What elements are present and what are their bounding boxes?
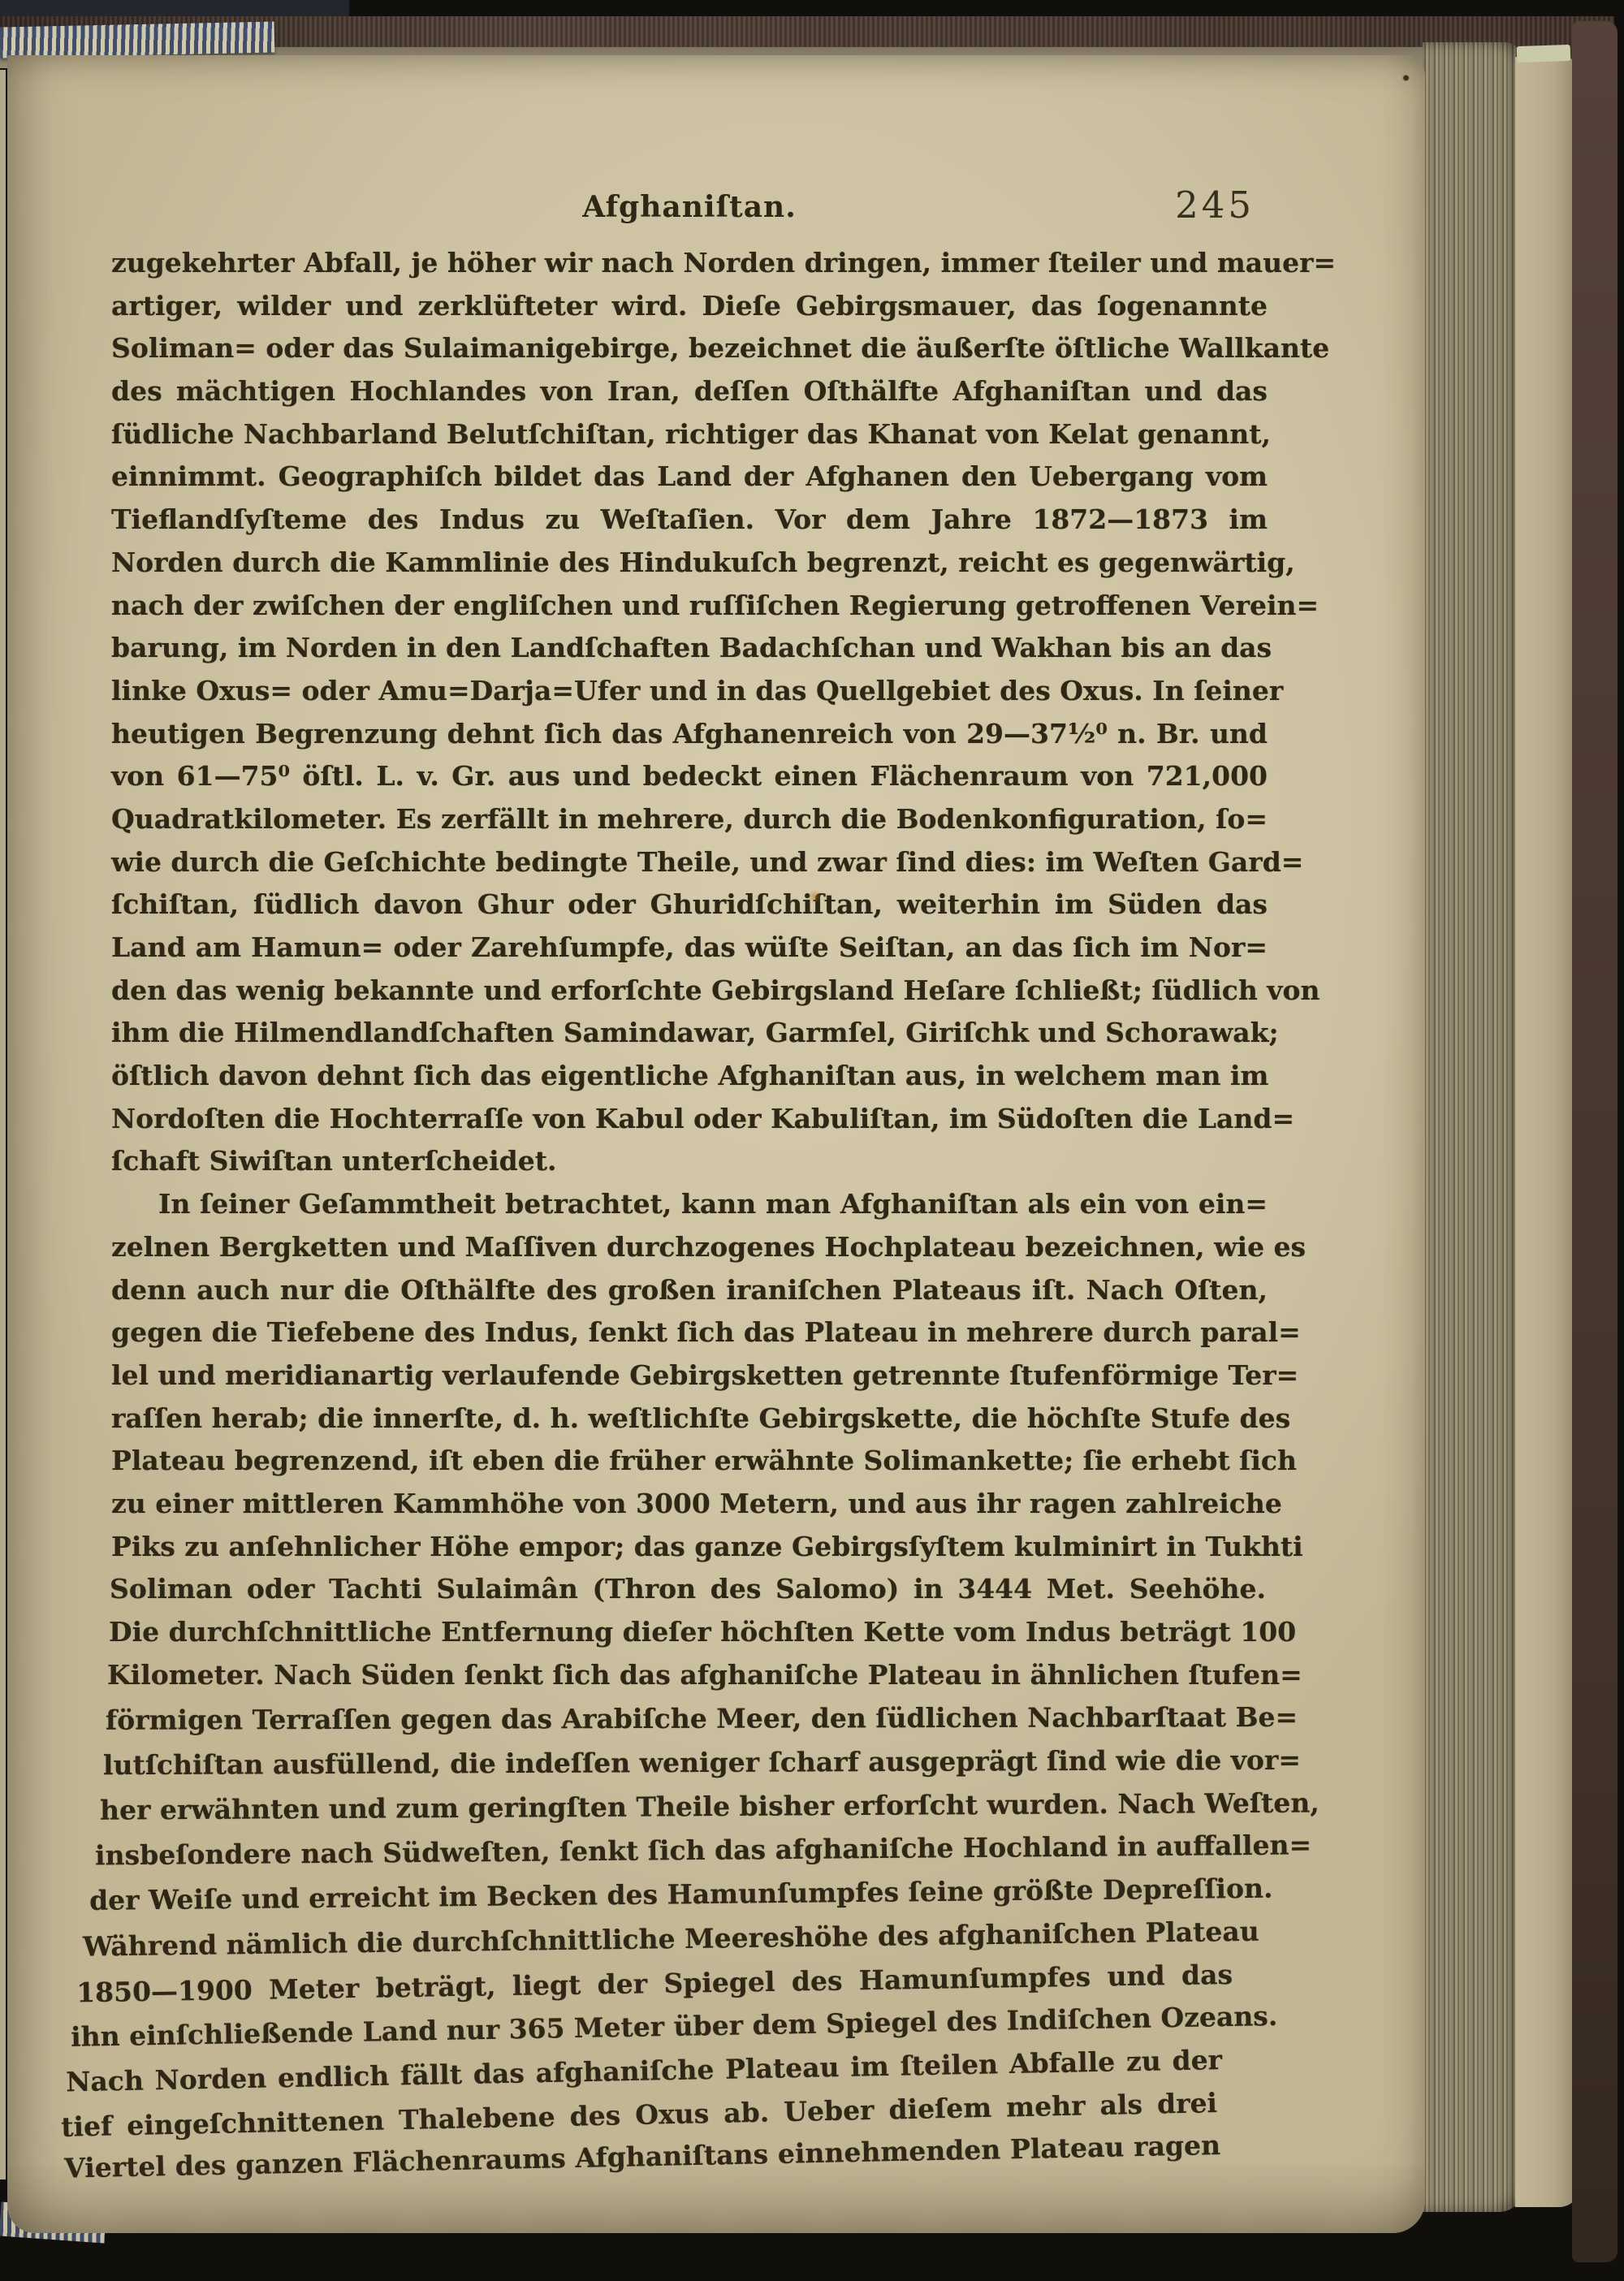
text-line: linke Oxus= oder Amu=Darja=Ufer und in d… [111,670,1268,713]
text-line: den das wenig bekannte und erforſchte Ge… [111,970,1268,1013]
paragraph-1: zugekehrter Abfall, je höher wir nach No… [111,242,1268,1183]
text-line: zelnen Bergketten und Maſſiven durchzoge… [111,1226,1268,1269]
text-line: denn auch nur die Oſthälfte des großen i… [111,1269,1268,1312]
text-line: gegen die Tiefebene des Indus, ſenkt ſic… [111,1311,1268,1354]
text-line: des mächtigen Hochlandes von Iran, deſſe… [111,370,1268,413]
text-line: Quadratkilometer. Es zerfällt in mehrere… [111,798,1268,841]
text-line: förmigen Terraſſen gegen das Arabiſche M… [106,1696,1262,1742]
text-line: Land am Hamun= oder Zarehſumpfe, das wüſ… [111,927,1268,970]
text-line: ſüdliche Nachbarland Belutſchiſtan, rich… [111,413,1268,456]
text-line: Tieflandſyſteme des Indus zu Weſtaſien. … [111,499,1268,542]
text-line: Soliman oder Tachti Sulaimân (Thron des … [110,1568,1266,1611]
text-line: Nordoſten die Hochterraſſe von Kabul ode… [111,1098,1268,1141]
book-page: Afghaniſtan. 245 zugekehrter Abfall, je … [7,55,1425,2233]
running-title: Afghaniſtan. [111,190,1268,224]
text-line: zu einer mittleren Kammhöhe von 3000 Met… [111,1483,1268,1526]
text-line: lutſchiſtan ausfüllend, die indeſſen wen… [103,1739,1259,1787]
text-line: barung, im Norden in den Landſchaften Ba… [111,627,1268,670]
text-line: artiger, wilder und zerklüfteter wird. D… [111,285,1268,328]
text-line: zugekehrter Abfall, je höher wir nach No… [111,242,1268,285]
text-block: zugekehrter Abfall, je höher wir nach No… [111,242,1268,2167]
text-line: her erwähnten und zum geringſten Theile … [100,1782,1256,1832]
text-line: raſſen herab; die innerſte, d. h. weſtli… [111,1398,1268,1441]
page-stack-edges [1423,42,1523,2212]
under-page-edge [1515,57,1580,2207]
text-line: Kilometer. Nach Süden ſenkt ſich das afg… [107,1654,1263,1697]
text-line: Plateau begrenzend, iſt eben die früher … [111,1440,1268,1483]
text-line: ſchaft Siwiſtan unterſcheidet. [111,1140,1268,1183]
text-line: In ſeiner Geſammtheit betrachtet, kann m… [111,1183,1268,1226]
page-header: Afghaniſtan. 245 [111,184,1268,237]
text-line: Soliman= oder das Sulaimanigebirge, beze… [111,327,1268,370]
ink-speck [1402,75,1410,81]
text-line: Norden durch die Kammlinie des Hindukuſc… [111,542,1268,585]
page-number: 245 [1175,184,1255,227]
text-line: ihm die Hilmendlandſchaften Samindawar, … [111,1012,1268,1055]
endband-stripes-top [0,21,274,58]
text-line: Die durchſchnittliche Entfernung dieſer … [109,1611,1265,1654]
book-photo: Afghaniſtan. 245 zugekehrter Abfall, je … [0,0,1624,2281]
bookmark-ribbon [1517,45,1571,63]
text-line: heutigen Begrenzung dehnt ſich das Afgha… [111,713,1268,756]
text-line: einnimmt. Geographiſch bildet das Land d… [111,456,1268,499]
book-cover-edge-right [1572,21,1618,2262]
text-line: nach der zwiſchen der engliſchen und ruſ… [111,585,1268,628]
text-line: ſchiſtan, ſüdlich davon Ghur oder Ghurid… [111,883,1268,927]
opposite-leaf-edge [0,70,6,2179]
text-line: wie durch die Geſchichte bedingte Theile… [111,841,1268,884]
text-line: von 61—75⁰ öſtl. L. v. Gr. aus und bedec… [111,755,1268,798]
text-line: Piks zu anſehnlicher Höhe empor; das gan… [111,1526,1268,1569]
text-line: öſtlich davon dehnt ſich das eigentliche… [111,1055,1268,1098]
paragraph-2: In ſeiner Geſammtheit betrachtet, kann m… [111,1183,1268,2167]
text-line: lel und meridianartig verlaufende Gebirg… [111,1354,1268,1398]
